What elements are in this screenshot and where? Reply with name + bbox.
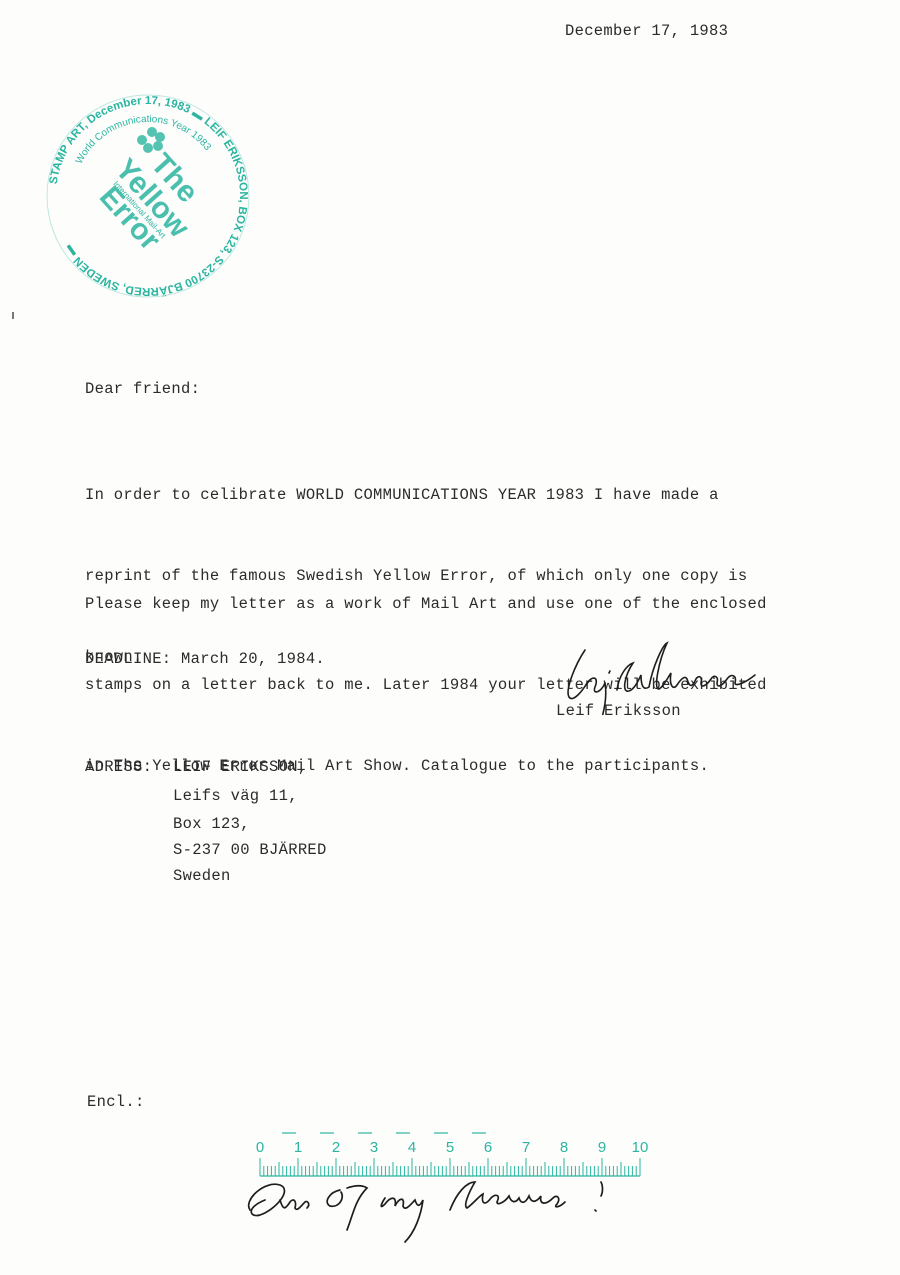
ruler-label: 4 — [408, 1139, 416, 1156]
paragraph-2-line: Please keep my letter as a work of Mail … — [85, 591, 767, 618]
ruler-label: 0 — [256, 1139, 264, 1156]
ruler-label: 5 — [446, 1139, 454, 1156]
paragraph-1-line: In order to celibrate WORLD COMMUNICATIO… — [85, 482, 748, 509]
address-line: S-237 00 BJÄRRED — [173, 841, 327, 859]
enclosure-label: Encl.: — [87, 1093, 145, 1111]
address-line: Sweden — [173, 867, 231, 885]
yellow-error-stamp: STAMP ART, December 17, 1983 ▬ LEIF ERIK… — [44, 92, 252, 300]
address-line: LEIF ERIKSSON, — [173, 758, 307, 776]
handwritten-note: One of my dreams! — [235, 1170, 675, 1260]
address-line: Leifs väg 11, — [173, 787, 298, 805]
ruler-label: 2 — [332, 1139, 340, 1156]
paper-mark — [12, 312, 14, 319]
address-line: Box 123, — [173, 815, 250, 833]
ruler-label: 6 — [484, 1139, 492, 1156]
greeting: Dear friend: — [85, 380, 200, 398]
signature-name: Leif Eriksson — [556, 702, 681, 720]
ruler-label: 9 — [598, 1139, 606, 1156]
ruler-label: 7 — [522, 1139, 530, 1156]
ruler-label: 8 — [560, 1139, 568, 1156]
ruler-label: 1 — [294, 1139, 302, 1156]
flower-icon — [137, 127, 165, 153]
ruler-label: 10 — [632, 1139, 649, 1156]
address-label: ADRESS: — [85, 758, 152, 776]
deadline: DEADLINE: March 20, 1984. — [85, 650, 325, 668]
letter-date: December 17, 1983 — [565, 22, 728, 40]
ruler-label: 3 — [370, 1139, 378, 1156]
